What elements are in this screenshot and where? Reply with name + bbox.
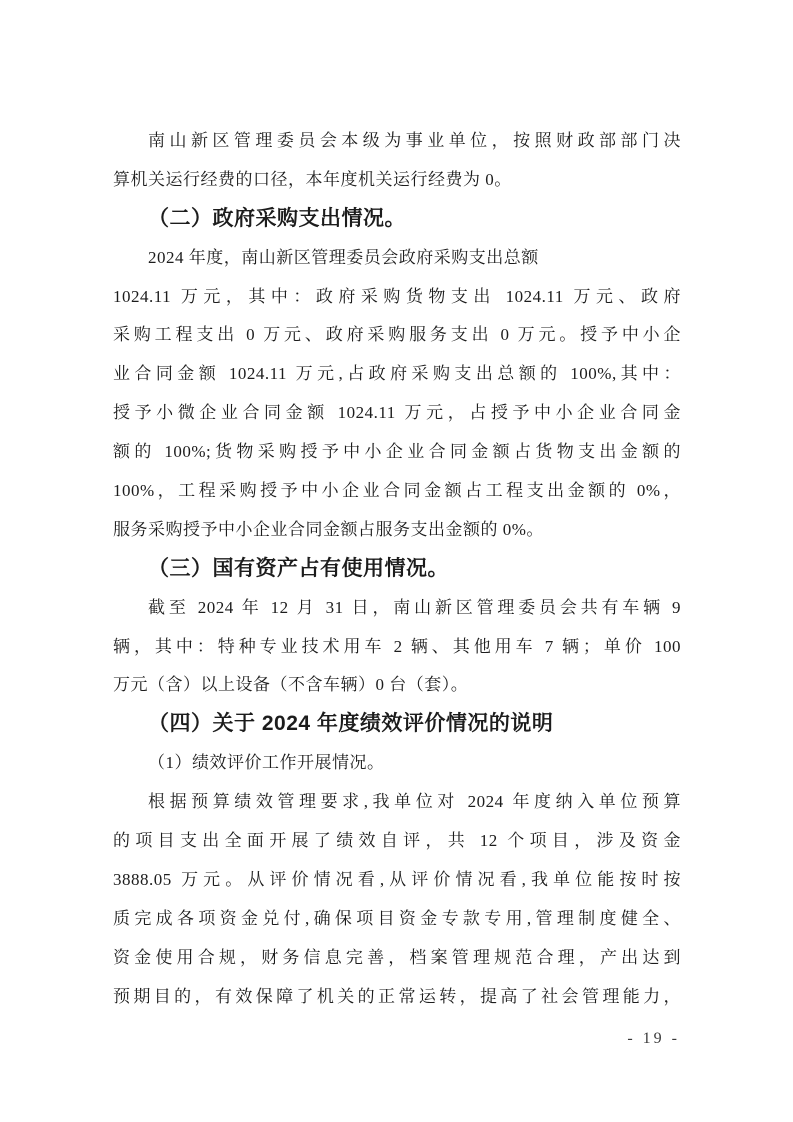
text-line: 的项目支出全面开展了绩效自评，共 12 个项目，涉及资金 (113, 822, 681, 861)
text-line: 业合同金额 1024.11 万元,占政府采购支出总额的 100%,其中： (113, 355, 681, 394)
page-number: - 19 - (627, 1030, 680, 1048)
document-body: 南山新区管理委员会本级为事业单位，按照财政部部门决 算机关运行经费的口径，本年度… (113, 122, 681, 1016)
section-heading-performance-evaluation: （四）关于 2024 年度绩效评价情况的说明 (113, 705, 681, 744)
text-line: 服务采购授予中小企业合同金额占服务支出金额的 0%。 (113, 511, 681, 550)
text-line: 授予小微企业合同金额 1024.11 万元，占授予中小企业合同金 (113, 394, 681, 433)
text-line: 预期目的，有效保障了机关的正常运转，提高了社会管理能力， (113, 978, 681, 1017)
text-line: 万元（含）以上设备（不含车辆）0 台（套）。 (113, 666, 681, 705)
section-heading-government-procurement: （二）政府采购支出情况。 (113, 200, 681, 239)
text-line: 2024 年度，南山新区管理委员会政府采购支出总额 (113, 239, 681, 278)
text-line: 南山新区管理委员会本级为事业单位，按照财政部部门决 (113, 122, 681, 161)
text-line: 100%，工程采购授予中小企业合同金额占工程支出金额的 0%， (113, 472, 681, 511)
text-line: 算机关运行经费的口径，本年度机关运行经费为 0。 (113, 161, 681, 200)
text-line: 辆，其中：特种专业技术用车 2 辆、其他用车 7 辆；单价 100 (113, 628, 681, 667)
text-line: （1）绩效评价工作开展情况。 (113, 744, 681, 783)
text-line: 额的 100%;货物采购授予中小企业合同金额占货物支出金额的 (113, 433, 681, 472)
text-line: 截至 2024 年 12 月 31 日，南山新区管理委员会共有车辆 9 (113, 589, 681, 628)
text-line: 3888.05 万元。从评价情况看,从评价情况看,我单位能按时按 (113, 861, 681, 900)
document-page: 南山新区管理委员会本级为事业单位，按照财政部部门决 算机关运行经费的口径，本年度… (0, 0, 793, 1122)
text-line: 资金使用合规，财务信息完善，档案管理规范合理，产出达到 (113, 939, 681, 978)
text-line: 根据预算绩效管理要求,我单位对 2024 年度纳入单位预算 (113, 783, 681, 822)
text-line: 采购工程支出 0 万元、政府采购服务支出 0 万元。授予中小企 (113, 316, 681, 355)
text-line: 质完成各项资金兑付,确保项目资金专款专用,管理制度健全、 (113, 900, 681, 939)
text-line: 1024.11 万元，其中：政府采购货物支出 1024.11 万元、政府 (113, 278, 681, 317)
section-heading-state-assets: （三）国有资产占有使用情况。 (113, 550, 681, 589)
